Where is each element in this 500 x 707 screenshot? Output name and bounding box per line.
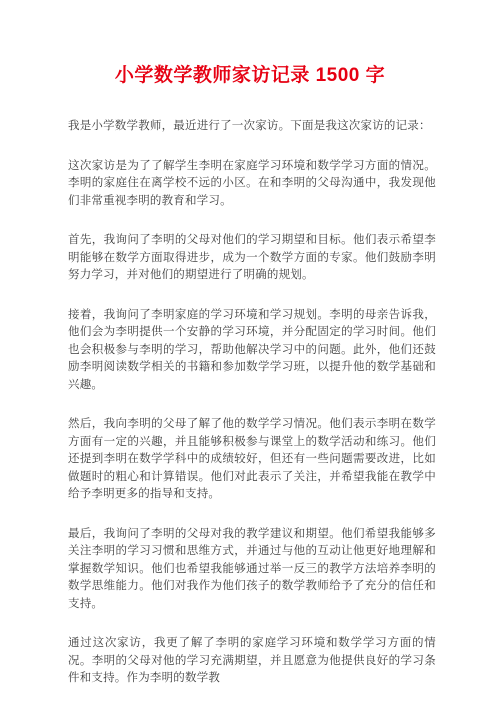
paragraph-purpose: 这次家访是为了了解学生李明在家庭学习环境和数学学习方面的情况。李明的家庭住在离学… bbox=[68, 158, 436, 211]
document-body: 我是小学数学教师，最近进行了一次家访。下面是我这次家访的记录： 这次家访是为了了… bbox=[0, 88, 500, 688]
paragraph-intro: 我是小学数学教师，最近进行了一次家访。下面是我这次家访的记录： bbox=[68, 118, 436, 136]
paragraph-expectations: 首先，我询问了李明的父母对他们的学习期望和目标。他们表示希望李明能够在数学方面取… bbox=[68, 232, 436, 285]
paragraph-home-environment: 接着，我询问了李明家庭的学习环境和学习规划。李明的母亲告诉我，他们会为李明提供一… bbox=[68, 307, 436, 395]
page-title: 小学数学教师家访记录 1500 字 bbox=[0, 0, 500, 88]
document-page: 小学数学教师家访记录 1500 字 我是小学数学教师，最近进行了一次家访。下面是… bbox=[0, 0, 500, 707]
paragraph-teaching-advice: 最后，我询问了李明的父母对我的教学建议和期望。他们希望我能够多关注李明的学习习惯… bbox=[68, 526, 436, 614]
paragraph-math-performance: 然后，我向李明的父母了解了他的数学学习情况。他们表示李明在数学方面有一定的兴趣，… bbox=[68, 416, 436, 504]
paragraph-conclusion-truncated: 通过这次家访，我更了解了李明的家庭学习环境和数学学习方面的情况。李明的父母对他的… bbox=[68, 635, 436, 688]
